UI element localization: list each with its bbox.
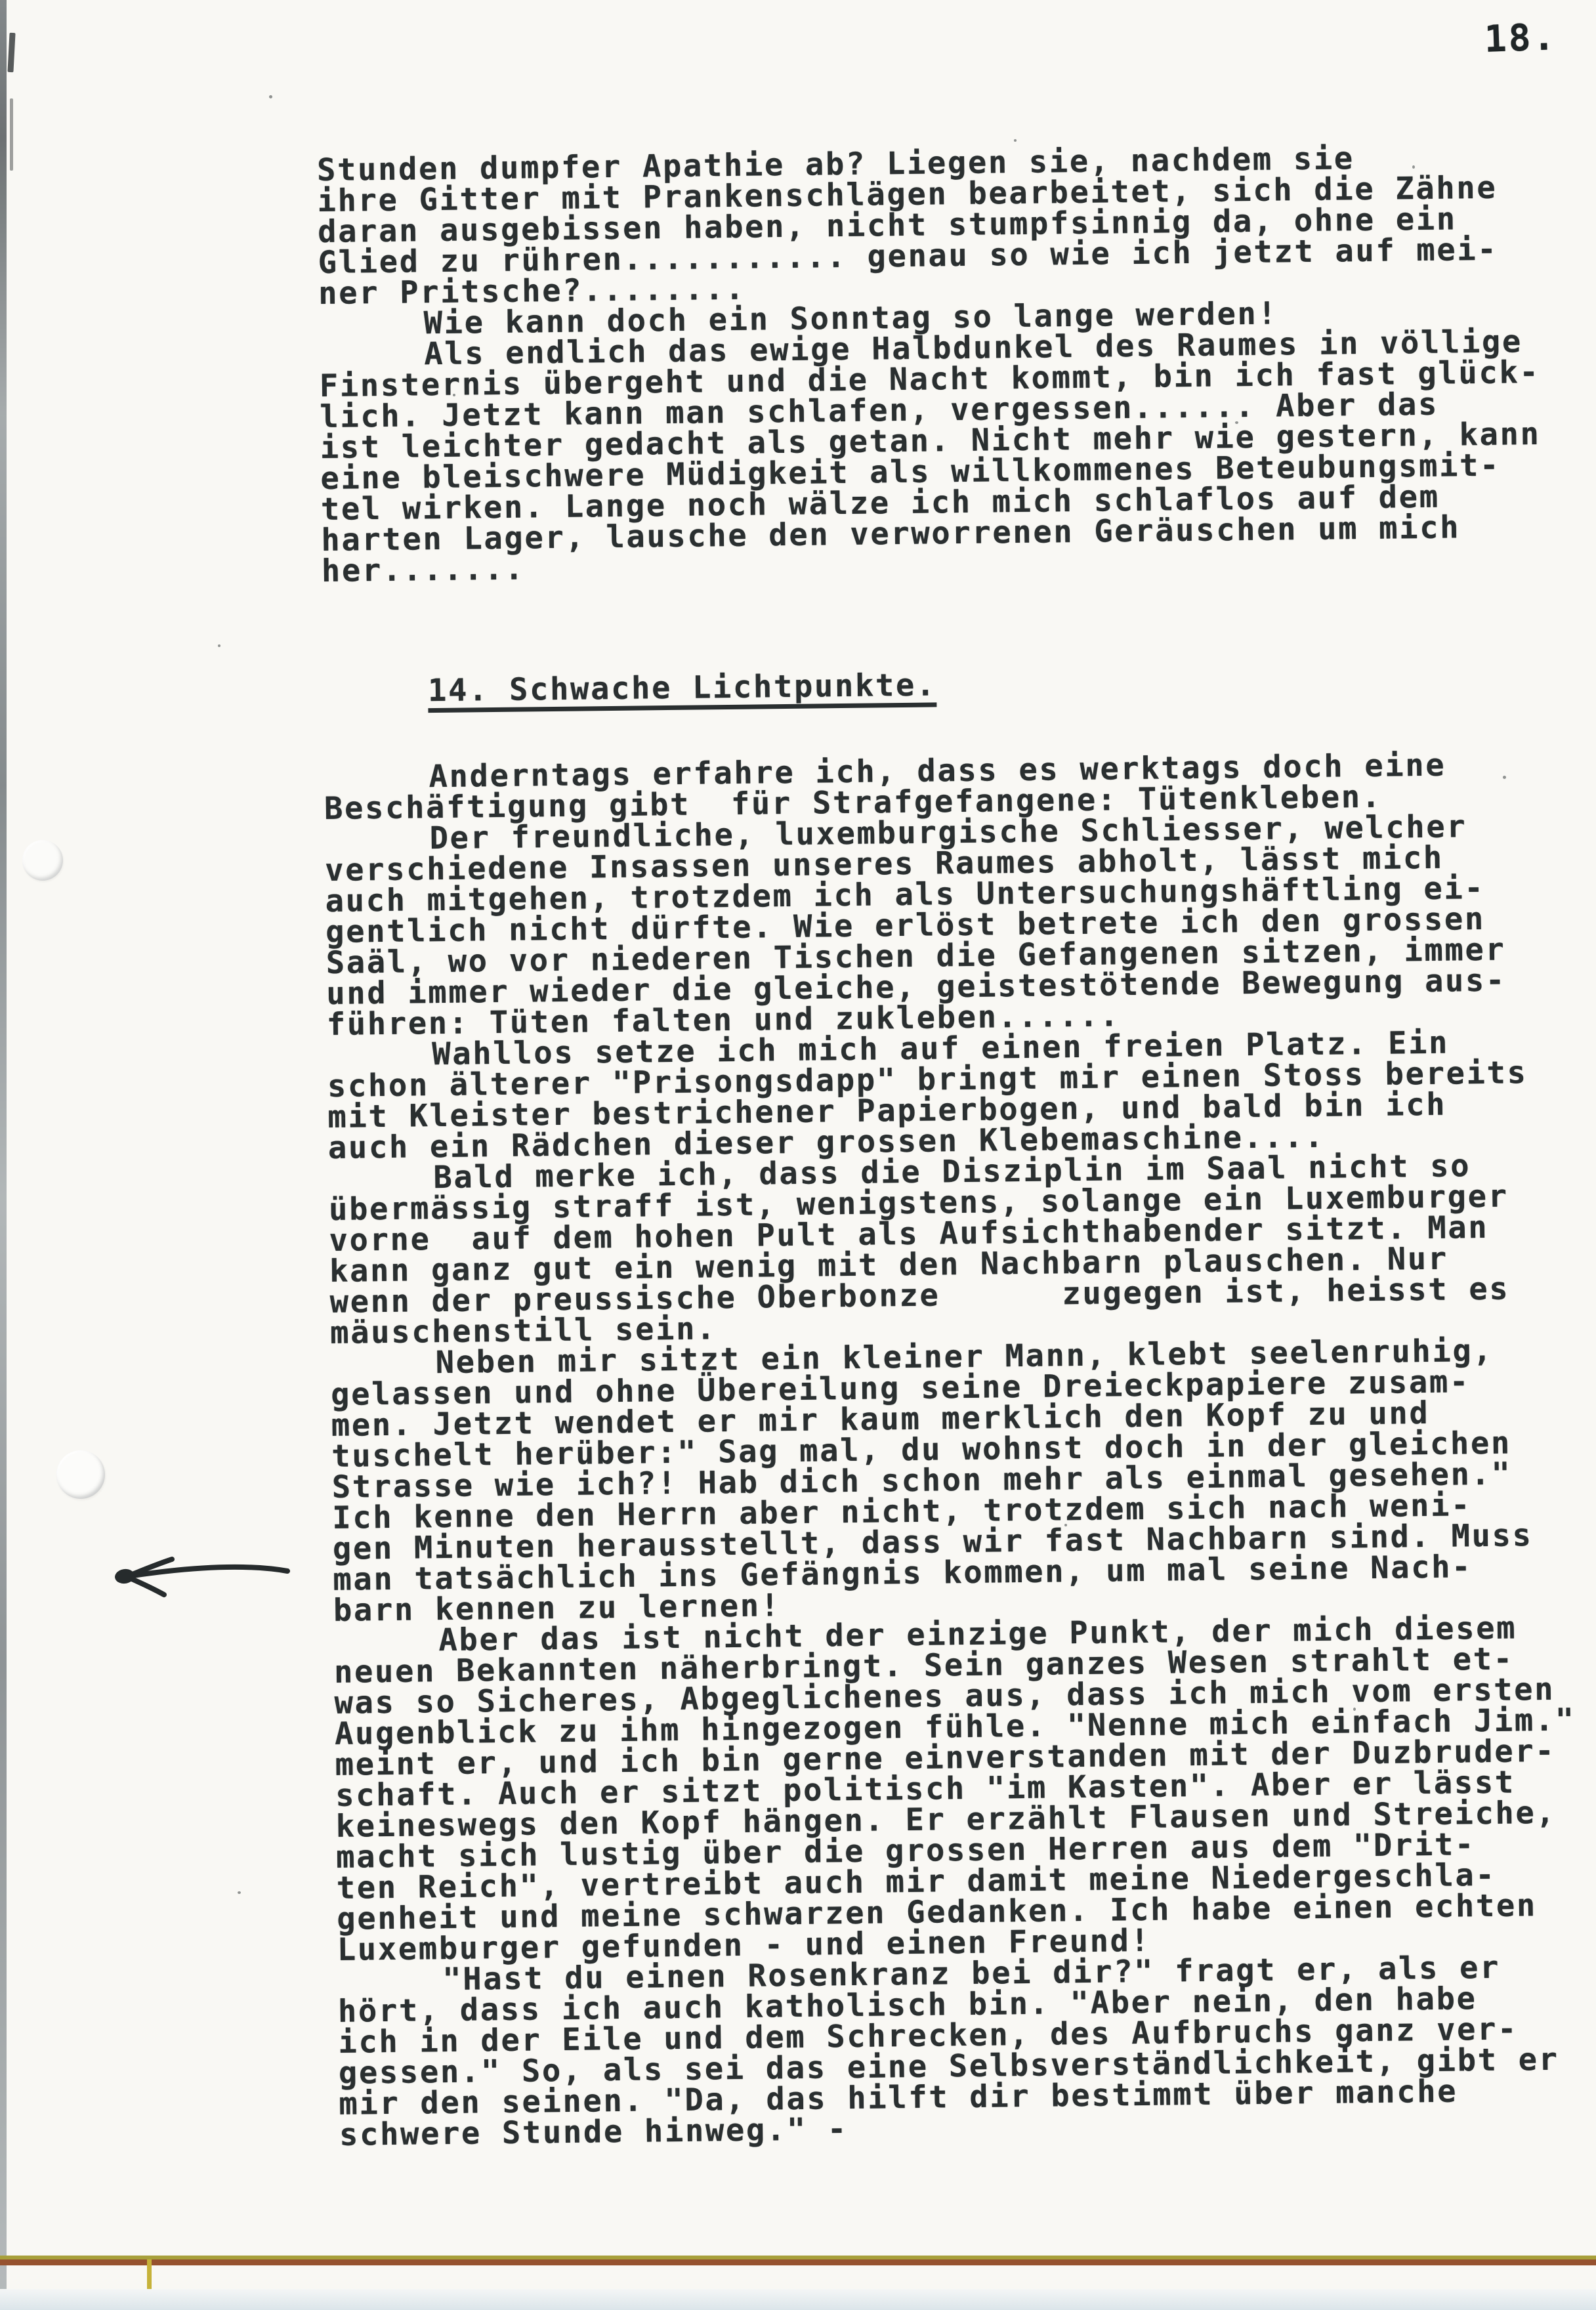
scan-speck: [1412, 165, 1415, 169]
scan-left-edge: [0, 0, 7, 2310]
scan-speck: [453, 394, 455, 396]
scan-speck: [828, 2009, 831, 2012]
scan-speck: [1235, 421, 1238, 424]
scan-speck: [1064, 1524, 1067, 1526]
typewritten-text-block: Stunden dumpfer Apathie ab? Liegen sie, …: [317, 140, 1596, 2151]
scan-bottom-band: [0, 2289, 1596, 2310]
left-arrow-icon: [98, 1554, 295, 1600]
hole-punch: [22, 840, 63, 881]
hole-punch: [56, 1450, 105, 1499]
bottom-brown-line: [0, 2259, 1596, 2265]
scan-scuff: [10, 98, 13, 171]
section-heading: 14. Schwache Lichtpunkte.: [323, 662, 1590, 715]
scan-speck: [1503, 776, 1506, 779]
scan-speck: [1353, 1708, 1356, 1711]
scanned-document-page: 18. Stunden dumpfer Apathie ab? Liegen s…: [0, 0, 1596, 2310]
scan-speck: [269, 95, 272, 98]
scan-speck: [1014, 139, 1017, 142]
scan-speck: [238, 1891, 241, 1894]
scan-speck: [343, 1117, 345, 1120]
section-heading-text: 14. Schwache Lichtpunkte.: [428, 669, 937, 713]
page-number: 18.: [1484, 16, 1557, 61]
scan-speck: [218, 644, 220, 647]
scan-scuff: [7, 33, 15, 72]
